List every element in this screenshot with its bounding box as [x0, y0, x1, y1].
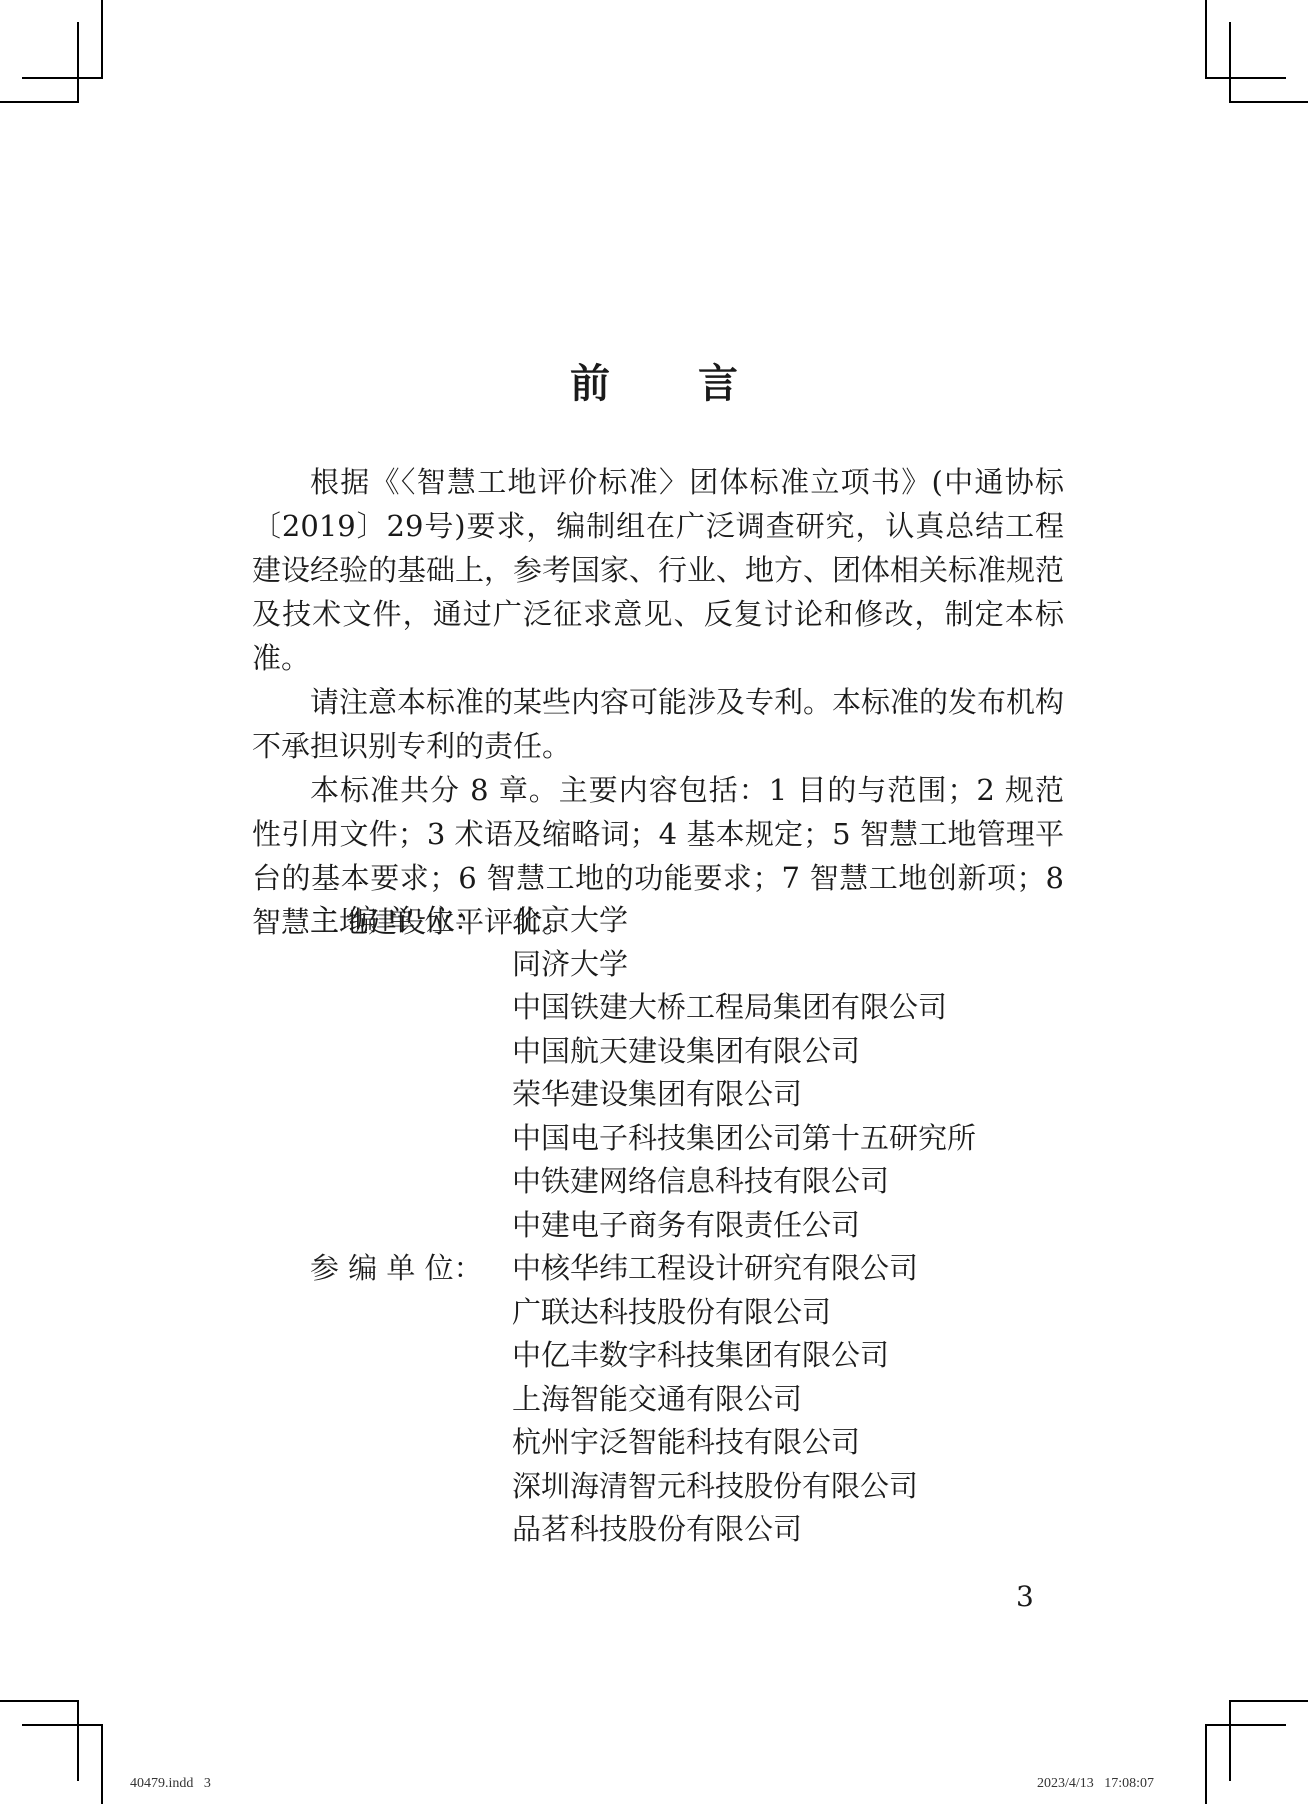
crop-mark [1229, 22, 1231, 103]
unit-item: 中国航天建设集团有限公司 [512, 1030, 976, 1074]
page-number: 3 [1016, 1580, 1034, 1613]
paragraph: 根据《〈智慧工地评价标准〉团体标准立项书》(中通协标〔2019〕29号)要求，编… [252, 460, 1064, 680]
unit-item: 同济大学 [512, 943, 976, 987]
crop-mark [101, 0, 103, 79]
unit-item: 中国铁建大桥工程局集团有限公司 [512, 986, 976, 1030]
crop-mark [1229, 101, 1308, 103]
page-title: 前言 [0, 352, 1308, 409]
crop-mark [1205, 1724, 1207, 1804]
unit-item: 上海智能交通有限公司 [512, 1378, 918, 1422]
unit-item: 中国电子科技集团公司第十五研究所 [512, 1117, 976, 1161]
chief-editors-label: 主 编 单 位： [310, 899, 512, 1247]
participating-editors-section: 参 编 单 位： 中核华纬工程设计研究有限公司 广联达科技股份有限公司 中亿丰数… [310, 1247, 918, 1552]
slug-filename: 40479.indd 3 [130, 1776, 211, 1792]
crop-mark [22, 77, 103, 79]
crop-mark [22, 1724, 103, 1726]
unit-item: 深圳海清智元科技股份有限公司 [512, 1465, 918, 1509]
crop-mark [1205, 1724, 1286, 1726]
crop-mark [77, 1700, 79, 1781]
crop-mark [0, 101, 79, 103]
crop-mark [0, 1700, 79, 1702]
preface-body: 根据《〈智慧工地评价标准〉团体标准立项书》(中通协标〔2019〕29号)要求，编… [252, 460, 1064, 944]
crop-mark [1229, 1700, 1308, 1702]
title-char: 言 [698, 352, 738, 409]
unit-item: 中铁建网络信息科技有限公司 [512, 1160, 976, 1204]
unit-item: 北京大学 [512, 899, 976, 943]
unit-item: 品茗科技股份有限公司 [512, 1508, 918, 1552]
unit-item: 中建电子商务有限责任公司 [512, 1204, 976, 1248]
crop-mark [1229, 1700, 1231, 1781]
crop-mark [1205, 77, 1286, 79]
unit-item: 广联达科技股份有限公司 [512, 1291, 918, 1335]
unit-item: 杭州宇泛智能科技有限公司 [512, 1421, 918, 1465]
unit-item: 中亿丰数字科技集团有限公司 [512, 1334, 918, 1378]
participating-editors-label: 参 编 单 位： [310, 1247, 512, 1552]
crop-mark [77, 22, 79, 103]
crop-mark [101, 1724, 103, 1804]
slug-datetime: 2023/4/13 17:08:07 [1037, 1776, 1154, 1792]
crop-mark [1205, 0, 1207, 79]
unit-item: 荣华建设集团有限公司 [512, 1073, 976, 1117]
unit-item: 中核华纬工程设计研究有限公司 [512, 1247, 918, 1291]
chief-editors-section: 主 编 单 位： 北京大学 同济大学 中国铁建大桥工程局集团有限公司 中国航天建… [310, 899, 976, 1247]
paragraph: 请注意本标准的某些内容可能涉及专利。本标准的发布机构不承担识别专利的责任。 [252, 680, 1064, 768]
title-char: 前 [570, 352, 610, 409]
